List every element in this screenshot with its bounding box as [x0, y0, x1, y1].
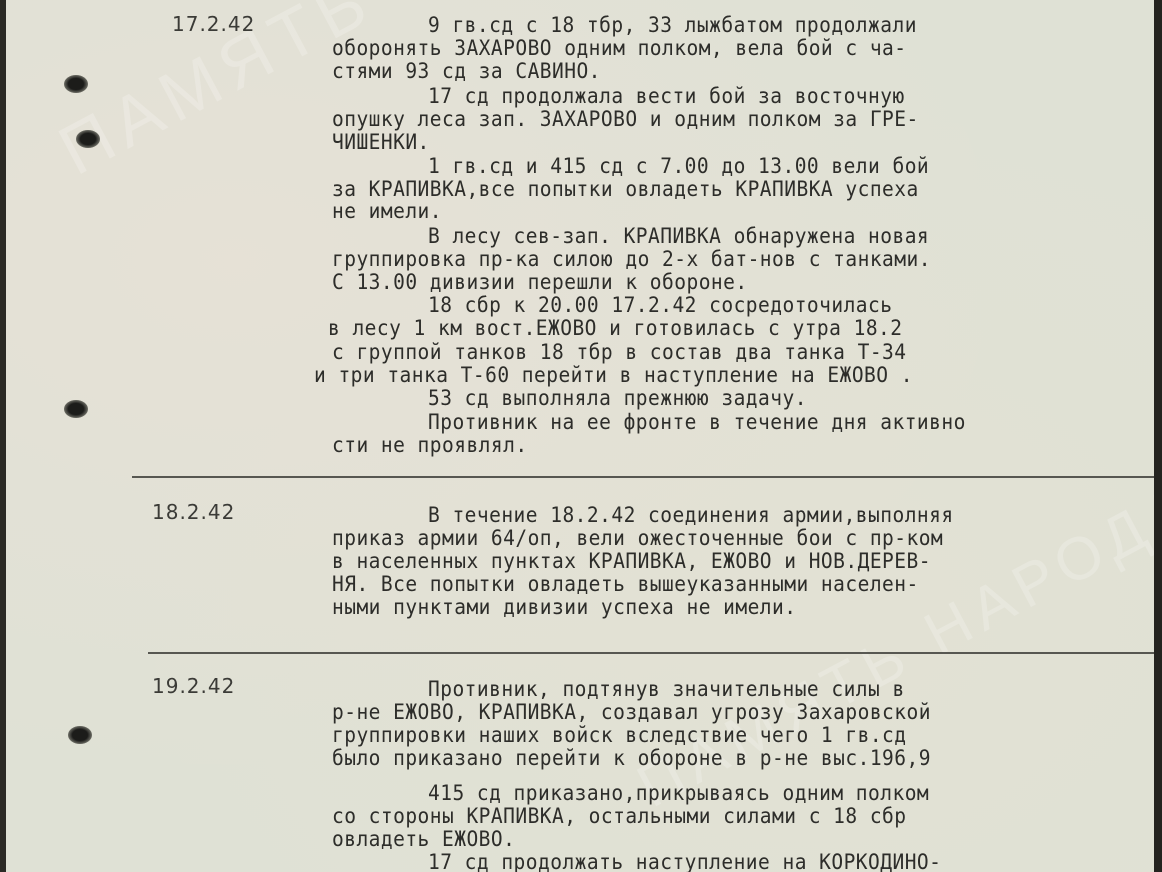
entry-text-line: 415 сд приказано,прикрываясь одним полко… — [428, 782, 929, 804]
entry-text-line: приказ армии 64/оп, вели ожесточенные бо… — [332, 527, 943, 549]
punch-hole-icon — [64, 75, 88, 93]
entry-text-line: в населенных пунктах КРАПИВКА, ЕЖОВО и Н… — [332, 550, 931, 572]
entry-text-line: группировки наших войск вследствие чего … — [332, 724, 906, 746]
entry-text-line: Противник, подтянув значительные силы в — [428, 678, 905, 700]
entry-text-line: с группой танков 18 тбр в состав два тан… — [332, 341, 906, 363]
entry-text-line: 17 сд продолжать наступление на КОРКОДИН… — [428, 851, 941, 872]
entry-date: 19.2.42 — [152, 674, 235, 698]
punch-hole-icon — [68, 726, 92, 744]
entry-text-line: оборонять ЗАХАРОВО одним полком, вела бо… — [332, 37, 906, 59]
entry-text-line: 17 сд продолжала вести бой за восточную — [428, 85, 905, 107]
punch-hole-icon — [64, 400, 88, 418]
entry-text-line: не имели. — [332, 200, 442, 222]
entry-text-line: со стороны КРАПИВКА, остальными силами с… — [332, 805, 906, 827]
entry-text-line: группировка пр-ка силою до 2-х бат-нов с… — [332, 248, 931, 270]
scan-edge-left — [0, 0, 6, 872]
entry-text-line: 18 сбр к 20.00 17.2.42 сосредоточилась — [428, 294, 892, 316]
entry-text-line: В течение 18.2.42 соединения армии,выпол… — [428, 504, 954, 526]
punch-hole-icon — [76, 130, 100, 148]
entry-text-line: в лесу 1 км вост.ЕЖОВО и готовилась с ут… — [328, 317, 902, 339]
section-divider — [132, 476, 1154, 478]
entry-text-line: за КРАПИВКА,все попытки овладеть КРАПИВК… — [332, 178, 919, 200]
entry-text-line: опушку леса зап. ЗАХАРОВО и одним полком… — [332, 108, 919, 130]
entry-text-line: и три танка Т-60 перейти в наступление н… — [314, 364, 913, 386]
entry-text-line: 9 гв.сд с 18 тбр, 33 лыжбатом продолжали — [428, 14, 917, 36]
entry-text-line: сти не проявлял. — [332, 434, 528, 456]
entry-text-line: 53 сд выполняла прежнюю задачу. — [428, 387, 807, 409]
entry-date: 18.2.42 — [152, 500, 235, 524]
entry-text-line: р-не ЕЖОВО, КРАПИВКА, создавал угрозу За… — [332, 701, 931, 723]
entry-text-line: НЯ. Все попытки овладеть вышеуказанными … — [332, 573, 919, 595]
entry-text-line: Противник на ее фронте в течение дня акт… — [428, 411, 966, 433]
entry-text-line: 1 гв.сд и 415 сд с 7.00 до 13.00 вели бо… — [428, 155, 929, 177]
archival-document-page: ПАМЯТЬ НАРОДА ПАМЯТЬ НАРОДА 17.2.42 9 гв… — [6, 0, 1154, 872]
entry-text-line: ными пунктами дивизии успеха не имели. — [332, 596, 796, 618]
entry-text-line: С 13.00 дивизии перешли к обороне. — [332, 271, 748, 293]
entry-date: 17.2.42 — [172, 12, 255, 36]
entry-text-line: В лесу сев-зап. КРАПИВКА обнаружена нова… — [428, 225, 929, 247]
entry-text-line: было приказано перейти к обороне в р-не … — [332, 747, 931, 769]
entry-text-line: стями 93 сд за САВИНО. — [332, 60, 601, 82]
scan-edge-right — [1154, 0, 1162, 872]
entry-text-line: ЧИШЕНКИ. — [332, 131, 430, 153]
entry-text-line: овладеть ЕЖОВО. — [332, 828, 515, 850]
section-divider — [148, 652, 1154, 654]
